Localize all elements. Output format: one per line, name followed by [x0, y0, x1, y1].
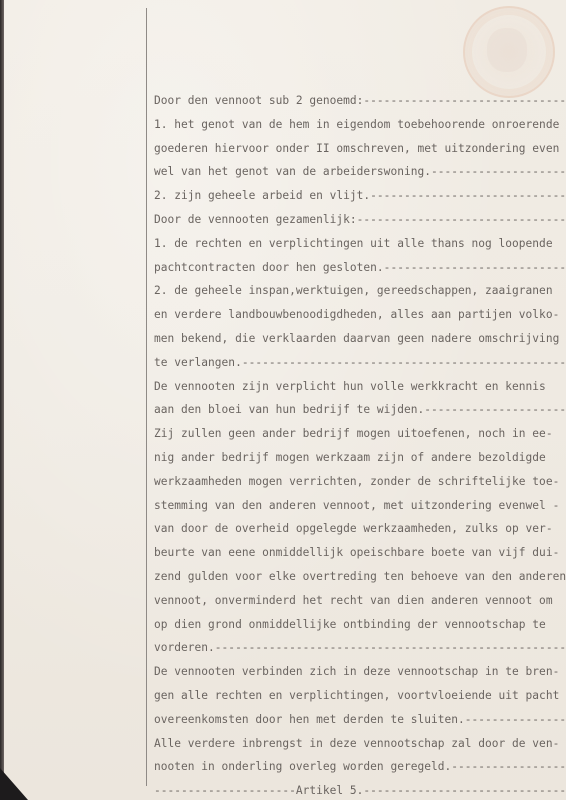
- scan-corner-shadow: [0, 768, 28, 800]
- text-line: 1. het genot van de hem in eigendom toeb…: [154, 113, 566, 137]
- text-line: van door de overheid opgelegde werkzaamh…: [154, 517, 566, 541]
- text-line: wel van het genot van de arbeiderswoning…: [154, 160, 566, 184]
- text-line: De vennooten zijn verplicht hun volle we…: [154, 375, 566, 399]
- text-line: men bekend, die verklaarden daarvan geen…: [154, 327, 566, 351]
- text-line: De vennooten verbinden zich in deze venn…: [154, 660, 566, 684]
- text-line: vennoot, onverminderd het recht van dien…: [154, 589, 566, 613]
- text-line: overeenkomsten door hen met derden te sl…: [154, 708, 566, 732]
- text-line: zend gulden voor elke overtreding ten be…: [154, 565, 566, 589]
- text-line: beurte van eene onmiddellijk opeischbare…: [154, 541, 566, 565]
- text-line: vorderen.-------------------------------…: [154, 636, 566, 660]
- text-line: Door de vennooten gezamenlijk:----------…: [154, 208, 566, 232]
- text-line: nig ander bedrijf mogen werkzaam zijn of…: [154, 446, 566, 470]
- text-line: nooten in onderling overleg worden gereg…: [154, 755, 566, 779]
- text-line: 2. zijn geheele arbeid en vlijt.--------…: [154, 184, 566, 208]
- text-line: 2. de geheele inspan,werktuigen, gereeds…: [154, 279, 566, 303]
- text-line: 1. de rechten en verplichtingen uit alle…: [154, 232, 566, 256]
- text-line: goederen hiervoor onder II omschreven, m…: [154, 137, 566, 161]
- text-line: te verlangen.---------------------------…: [154, 351, 566, 375]
- text-line: Alle verdere inbrengst in deze vennootsc…: [154, 732, 566, 756]
- document-page: Door den vennoot sub 2 genoemd:---------…: [0, 0, 566, 800]
- text-line: Zij zullen geen ander bedrijf mogen uito…: [154, 422, 566, 446]
- text-line: werkzaamheden mogen verrichten, zonder d…: [154, 470, 566, 494]
- text-line: pachtcontracten door hen gesloten.------…: [154, 256, 566, 280]
- text-line: Door den vennoot sub 2 genoemd:---------…: [154, 89, 566, 113]
- scan-edge-shadow: [0, 0, 4, 800]
- embossed-seal-icon: [463, 6, 555, 98]
- article-heading: ---------------------Artikel 5.---------…: [154, 779, 566, 800]
- seal-emblem: [487, 28, 527, 72]
- text-line: op dien grond onmiddellijke ontbinding d…: [154, 613, 566, 637]
- text-line: aan den bloei van hun bedrijf te wijden.…: [154, 398, 566, 422]
- text-line: gen alle rechten en verplichtingen, voor…: [154, 684, 566, 708]
- text-line: stemming van den anderen vennoot, met ui…: [154, 494, 566, 518]
- text-line: en verdere landbouwbenoodigdheden, alles…: [154, 303, 566, 327]
- typewritten-text: Door den vennoot sub 2 genoemd:---------…: [154, 89, 566, 800]
- margin-rule: [146, 8, 147, 786]
